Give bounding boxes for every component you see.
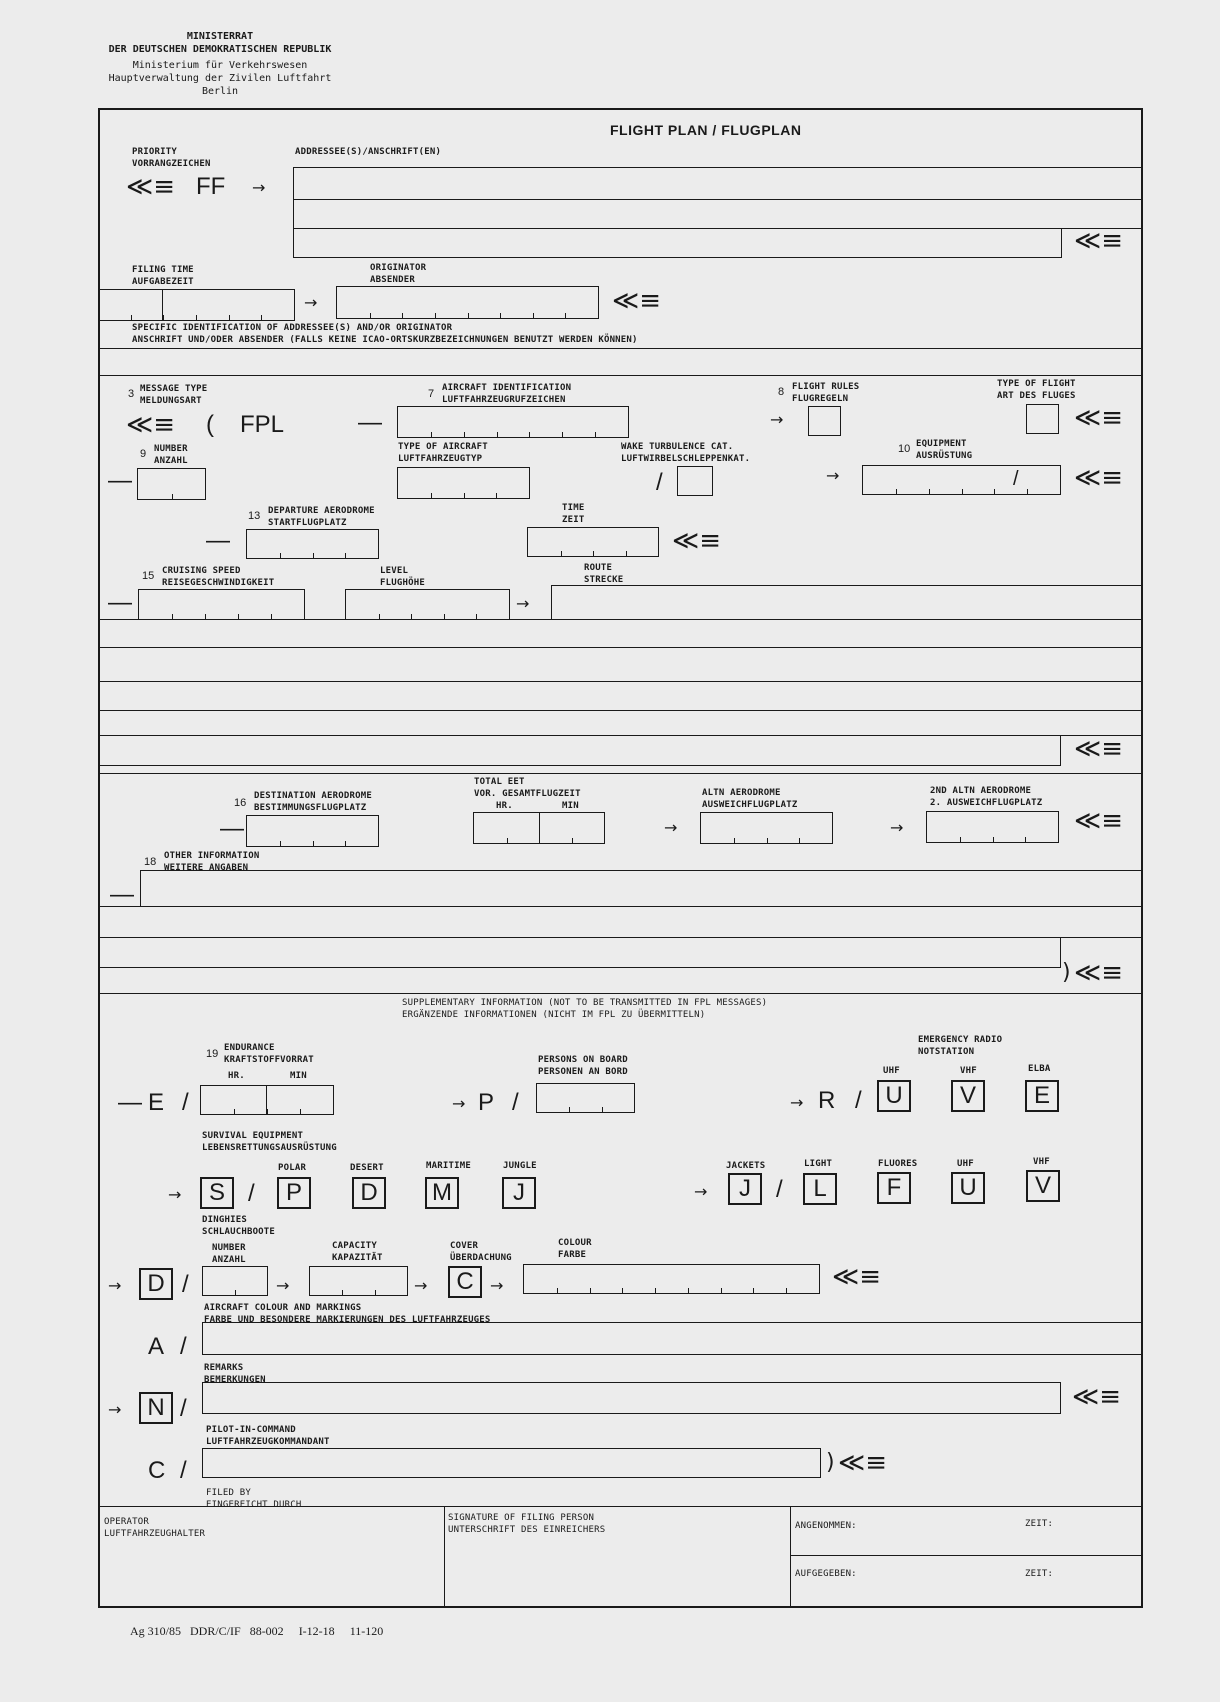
- addressee-field-2[interactable]: [293, 199, 1143, 229]
- destination-label: DESTINATION AERODROMEBESTIMMUNGSFLUGPLAT…: [254, 790, 372, 814]
- survival-checkbox[interactable]: S: [200, 1177, 234, 1209]
- priority-label: PRIORITYVORRANGZEICHEN: [132, 146, 211, 170]
- route-field-5[interactable]: [98, 711, 1143, 736]
- addressee-field-1[interactable]: [293, 167, 1143, 200]
- number-field[interactable]: [137, 468, 206, 500]
- header-line3: Ministerium für Verkehrswesen: [95, 59, 345, 72]
- route-field-6[interactable]: [98, 736, 1061, 766]
- emergency-radio-elba-checkbox[interactable]: E: [1025, 1080, 1059, 1112]
- end-marker-icon: ≪≡: [1074, 808, 1123, 834]
- emergency-radio-uhf-checkbox[interactable]: U: [877, 1080, 911, 1112]
- end-marker-icon: ≪≡: [672, 528, 721, 554]
- end-marker-icon: ≪≡: [126, 412, 175, 438]
- message-type-value: FPL: [240, 412, 284, 438]
- total-eet-label: TOTAL EETVOR. GESAMTFLUGZEIT: [474, 776, 581, 800]
- footer-code: Ag 310/85 DDR/C/IF 88-002 I-12-18 11-120: [130, 1624, 383, 1639]
- altn-label: ALTN AERODROMEAUSWEICHFLUGPLATZ: [702, 787, 798, 811]
- other-info-field-2[interactable]: [98, 906, 1143, 938]
- survival-jungle-checkbox[interactable]: J: [502, 1177, 536, 1209]
- dinghies-colour-field[interactable]: [523, 1264, 820, 1294]
- aircraft-id-field[interactable]: [397, 406, 629, 438]
- issuer-header: MINISTERRAT DER DEUTSCHEN DEMOKRATISCHEN…: [95, 30, 345, 98]
- operator-field[interactable]: [100, 1540, 442, 1606]
- route-field-1[interactable]: [551, 585, 1143, 619]
- arrow-icon: →: [304, 295, 317, 311]
- signature-label: SIGNATURE OF FILING PERSONUNTERSCHRIFT D…: [448, 1512, 605, 1536]
- header-line1: MINISTERRAT: [95, 30, 345, 43]
- filed-by-label: FILED BYEINGEREICHT DURCH: [206, 1487, 302, 1511]
- header-line5: Berlin: [95, 85, 345, 98]
- aircraft-id-label: AIRCRAFT IDENTIFICATIONLUFTFAHRZEUGRUFZE…: [442, 382, 571, 406]
- originator-label: ORIGINATORABSENDER: [370, 262, 426, 286]
- jackets-checkbox[interactable]: J: [728, 1173, 762, 1205]
- jackets-uhf-checkbox[interactable]: U: [951, 1172, 985, 1204]
- specific-id-label: SPECIFIC IDENTIFICATION OF ADDRESSEE(S) …: [132, 322, 638, 346]
- route-field-2[interactable]: [98, 619, 1143, 648]
- end-marker-icon: ≪≡: [1074, 736, 1123, 762]
- end-marker-icon: ≪≡: [1074, 228, 1123, 254]
- header-line4: Hauptverwaltung der Zivilen Luftfahrt: [95, 72, 345, 85]
- departure-label: DEPARTURE AERODROMESTARTFLUGPLATZ: [268, 505, 375, 529]
- end-marker-icon: ≪≡: [1072, 1384, 1121, 1410]
- level-label: LEVELFLUGHÖHE: [380, 565, 425, 589]
- flight-rules-label: FLIGHT RULESFLUGREGELN: [792, 381, 859, 405]
- type-of-flight-field[interactable]: [1026, 404, 1059, 434]
- pilot-field[interactable]: [202, 1448, 821, 1478]
- dinghies-cover-checkbox[interactable]: C: [448, 1266, 482, 1298]
- persons-field[interactable]: [536, 1083, 635, 1113]
- jackets-fluores-checkbox[interactable]: F: [877, 1172, 911, 1204]
- survival-desert-checkbox[interactable]: D: [352, 1177, 386, 1209]
- form-title: FLIGHT PLAN / FLUGPLAN: [610, 122, 801, 138]
- equipment-field[interactable]: /: [862, 465, 1061, 495]
- dinghies-capacity-field[interactable]: [309, 1266, 408, 1296]
- message-type-label: MESSAGE TYPEMELDUNGSART: [140, 383, 207, 407]
- jackets-vhf-checkbox[interactable]: V: [1026, 1170, 1060, 1202]
- number-label: NUMBERANZAHL: [154, 443, 188, 467]
- operator-label: OPERATORLUFTFAHRZEUGHALTER: [104, 1516, 205, 1540]
- flight-rules-field[interactable]: [808, 406, 841, 436]
- departure-time-field[interactable]: [527, 527, 659, 557]
- wake-turbulence-field[interactable]: [677, 466, 713, 496]
- remarks-checkbox[interactable]: N: [139, 1392, 173, 1424]
- altn2-label: 2ND ALTN AERODROME2. AUSWEICHFLUGPLATZ: [930, 785, 1042, 809]
- destination-field[interactable]: [246, 815, 379, 847]
- route-field-3[interactable]: [98, 648, 1143, 682]
- arrow-icon: →: [252, 180, 265, 196]
- total-eet-field[interactable]: [473, 812, 605, 844]
- survival-label: SURVIVAL EQUIPMENTLEBENSRETTUNGSAUSRÜSTU…: [202, 1130, 337, 1154]
- altn2-field[interactable]: [926, 811, 1059, 843]
- specific-id-field[interactable]: [98, 348, 1143, 376]
- filing-time-label: FILING TIMEAUFGABEZEIT: [132, 264, 194, 288]
- supplementary-label: SUPPLEMENTARY INFORMATION (NOT TO BE TRA…: [402, 997, 767, 1021]
- accepted-label: ANGENOMMEN:: [795, 1520, 857, 1532]
- dinghies-checkbox[interactable]: D: [139, 1268, 173, 1300]
- remarks-field[interactable]: [202, 1382, 1061, 1414]
- survival-maritime-checkbox[interactable]: M: [425, 1177, 459, 1209]
- type-of-flight-label: TYPE OF FLIGHTART DES FLUGES: [997, 378, 1076, 402]
- addressee-field-3[interactable]: [293, 228, 1062, 258]
- level-field[interactable]: [345, 589, 510, 619]
- originator-field[interactable]: [336, 286, 599, 319]
- endurance-field[interactable]: [200, 1085, 334, 1115]
- departure-field[interactable]: [246, 529, 379, 559]
- jackets-light-checkbox[interactable]: L: [803, 1173, 837, 1205]
- accepted-time-label: ZEIT:: [1025, 1518, 1053, 1530]
- end-marker-icon: ≪≡: [1074, 465, 1123, 491]
- header-line2: DER DEUTSCHEN DEMOKRATISCHEN REPUBLIK: [95, 43, 345, 56]
- signature-field[interactable]: [446, 1540, 788, 1606]
- cruising-speed-field[interactable]: [138, 589, 305, 619]
- end-marker-icon: ≪≡: [838, 1450, 887, 1476]
- wake-turbulence-label: WAKE TURBULENCE CAT.LUFTWIRBELSCHLEPPENK…: [621, 441, 750, 465]
- end-marker-icon: ≪≡: [1074, 960, 1123, 986]
- endurance-label: ENDURANCEKRAFTSTOFFVORRAT: [224, 1042, 314, 1066]
- altn-field[interactable]: [700, 812, 833, 844]
- persons-label: PERSONS ON BOARDPERSONEN AN BORD: [538, 1054, 628, 1078]
- other-info-field-1[interactable]: [140, 870, 1143, 906]
- pilot-label: PILOT-IN-COMMANDLUFTFAHRZEUGKOMMANDANT: [206, 1424, 330, 1448]
- survival-polar-checkbox[interactable]: P: [277, 1177, 311, 1209]
- priority-value: FF: [196, 174, 225, 200]
- route-label: ROUTESTRECKE: [584, 562, 623, 586]
- cruising-speed-label: CRUISING SPEEDREISEGESCHWINDIGKEIT: [162, 565, 274, 589]
- dinghies-label: DINGHIESSCHLAUCHBOOTE: [202, 1214, 275, 1238]
- route-field-4[interactable]: [98, 682, 1143, 711]
- end-marker-icon: ≪≡: [612, 288, 661, 314]
- transmitted-time-label: ZEIT:: [1025, 1568, 1053, 1580]
- other-info-field-3[interactable]: [98, 938, 1061, 968]
- end-marker-icon: ≪≡: [126, 174, 175, 200]
- transmitted-label: AUFGEGEBEN:: [795, 1568, 857, 1580]
- equipment-label: EQUIPMENTAUSRÜSTUNG: [916, 438, 972, 462]
- filing-time-field[interactable]: [98, 289, 295, 321]
- aircraft-type-label: TYPE OF AIRCRAFTLUFTFAHRZEUGTYP: [398, 441, 488, 465]
- aircraft-colour-field[interactable]: [202, 1322, 1143, 1355]
- end-marker-icon: ≪≡: [832, 1264, 881, 1290]
- emergency-radio-label: EMERGENCY RADIONOTSTATION: [918, 1034, 1002, 1058]
- end-marker-icon: ≪≡: [1074, 405, 1123, 431]
- addressee-label: ADDRESSEE(S)/ANSCHRIFT(EN): [295, 146, 441, 158]
- time-label: TIMEZEIT: [562, 502, 584, 526]
- emergency-radio-vhf-checkbox[interactable]: V: [951, 1080, 985, 1112]
- aircraft-type-field[interactable]: [397, 467, 530, 499]
- dinghies-number-field[interactable]: [202, 1266, 268, 1296]
